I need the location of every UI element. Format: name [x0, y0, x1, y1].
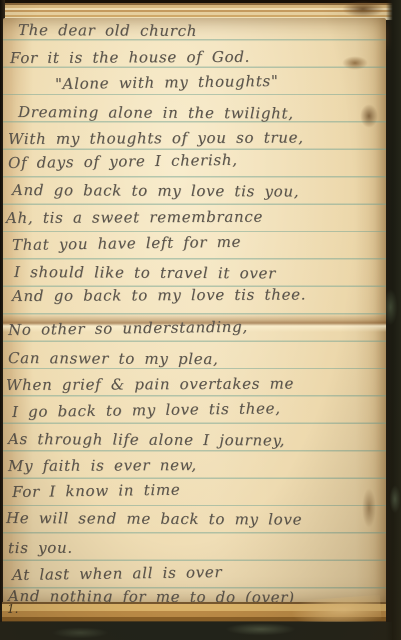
notebook-page: The dear old church For it is the house … [3, 18, 386, 606]
handwritten-line: tis you. [8, 538, 73, 558]
handwritten-line: For it is the house of God. [10, 47, 250, 68]
handwritten-line: The dear old church [18, 20, 197, 41]
handwritten-line: At last when all is over [12, 562, 223, 585]
handwritten-line: And go back to my love tis thee. [12, 284, 306, 306]
right-cover-edge [386, 0, 401, 640]
handwritten-line: As through life alone I journey, [8, 429, 285, 450]
handwritten-line: No other so understanding, [8, 317, 248, 340]
handwritten-line: And go back to my love tis you, [12, 180, 299, 202]
bottom-cover [0, 622, 401, 640]
handwritten-line: Can answer to my plea, [8, 348, 219, 369]
handwritten-line: With my thoughts of you so true, [8, 127, 304, 149]
handwritten-line: He will send me back to my love [6, 508, 302, 530]
handwritten-line: Dreaming alone in the twilight, [18, 102, 294, 123]
handwritten-line: That you have left for me [12, 232, 241, 255]
handwritten-line: My faith is ever new, [8, 455, 197, 476]
handwritten-line: I go back to my love tis thee, [12, 398, 281, 422]
handwritten-line: "Alone with my thoughts" [55, 71, 279, 94]
worn-spot [360, 104, 378, 128]
handwritten-line: Of days of yore I cherish, [8, 150, 238, 173]
handwritten-line: I should like to travel it over [14, 262, 276, 283]
notebook-photo: The dear old church For it is the house … [0, 0, 401, 640]
worn-spot [362, 488, 376, 528]
page-mark: 1. [7, 602, 18, 616]
handwritten-line: For I know in time [12, 480, 181, 502]
handwritten-line: When grief & pain overtakes me [6, 373, 294, 395]
handwriting-block: The dear old church For it is the house … [3, 18, 386, 606]
handwritten-line: Ah, tis a sweet remembrance [6, 207, 263, 228]
worn-spot [342, 56, 368, 70]
